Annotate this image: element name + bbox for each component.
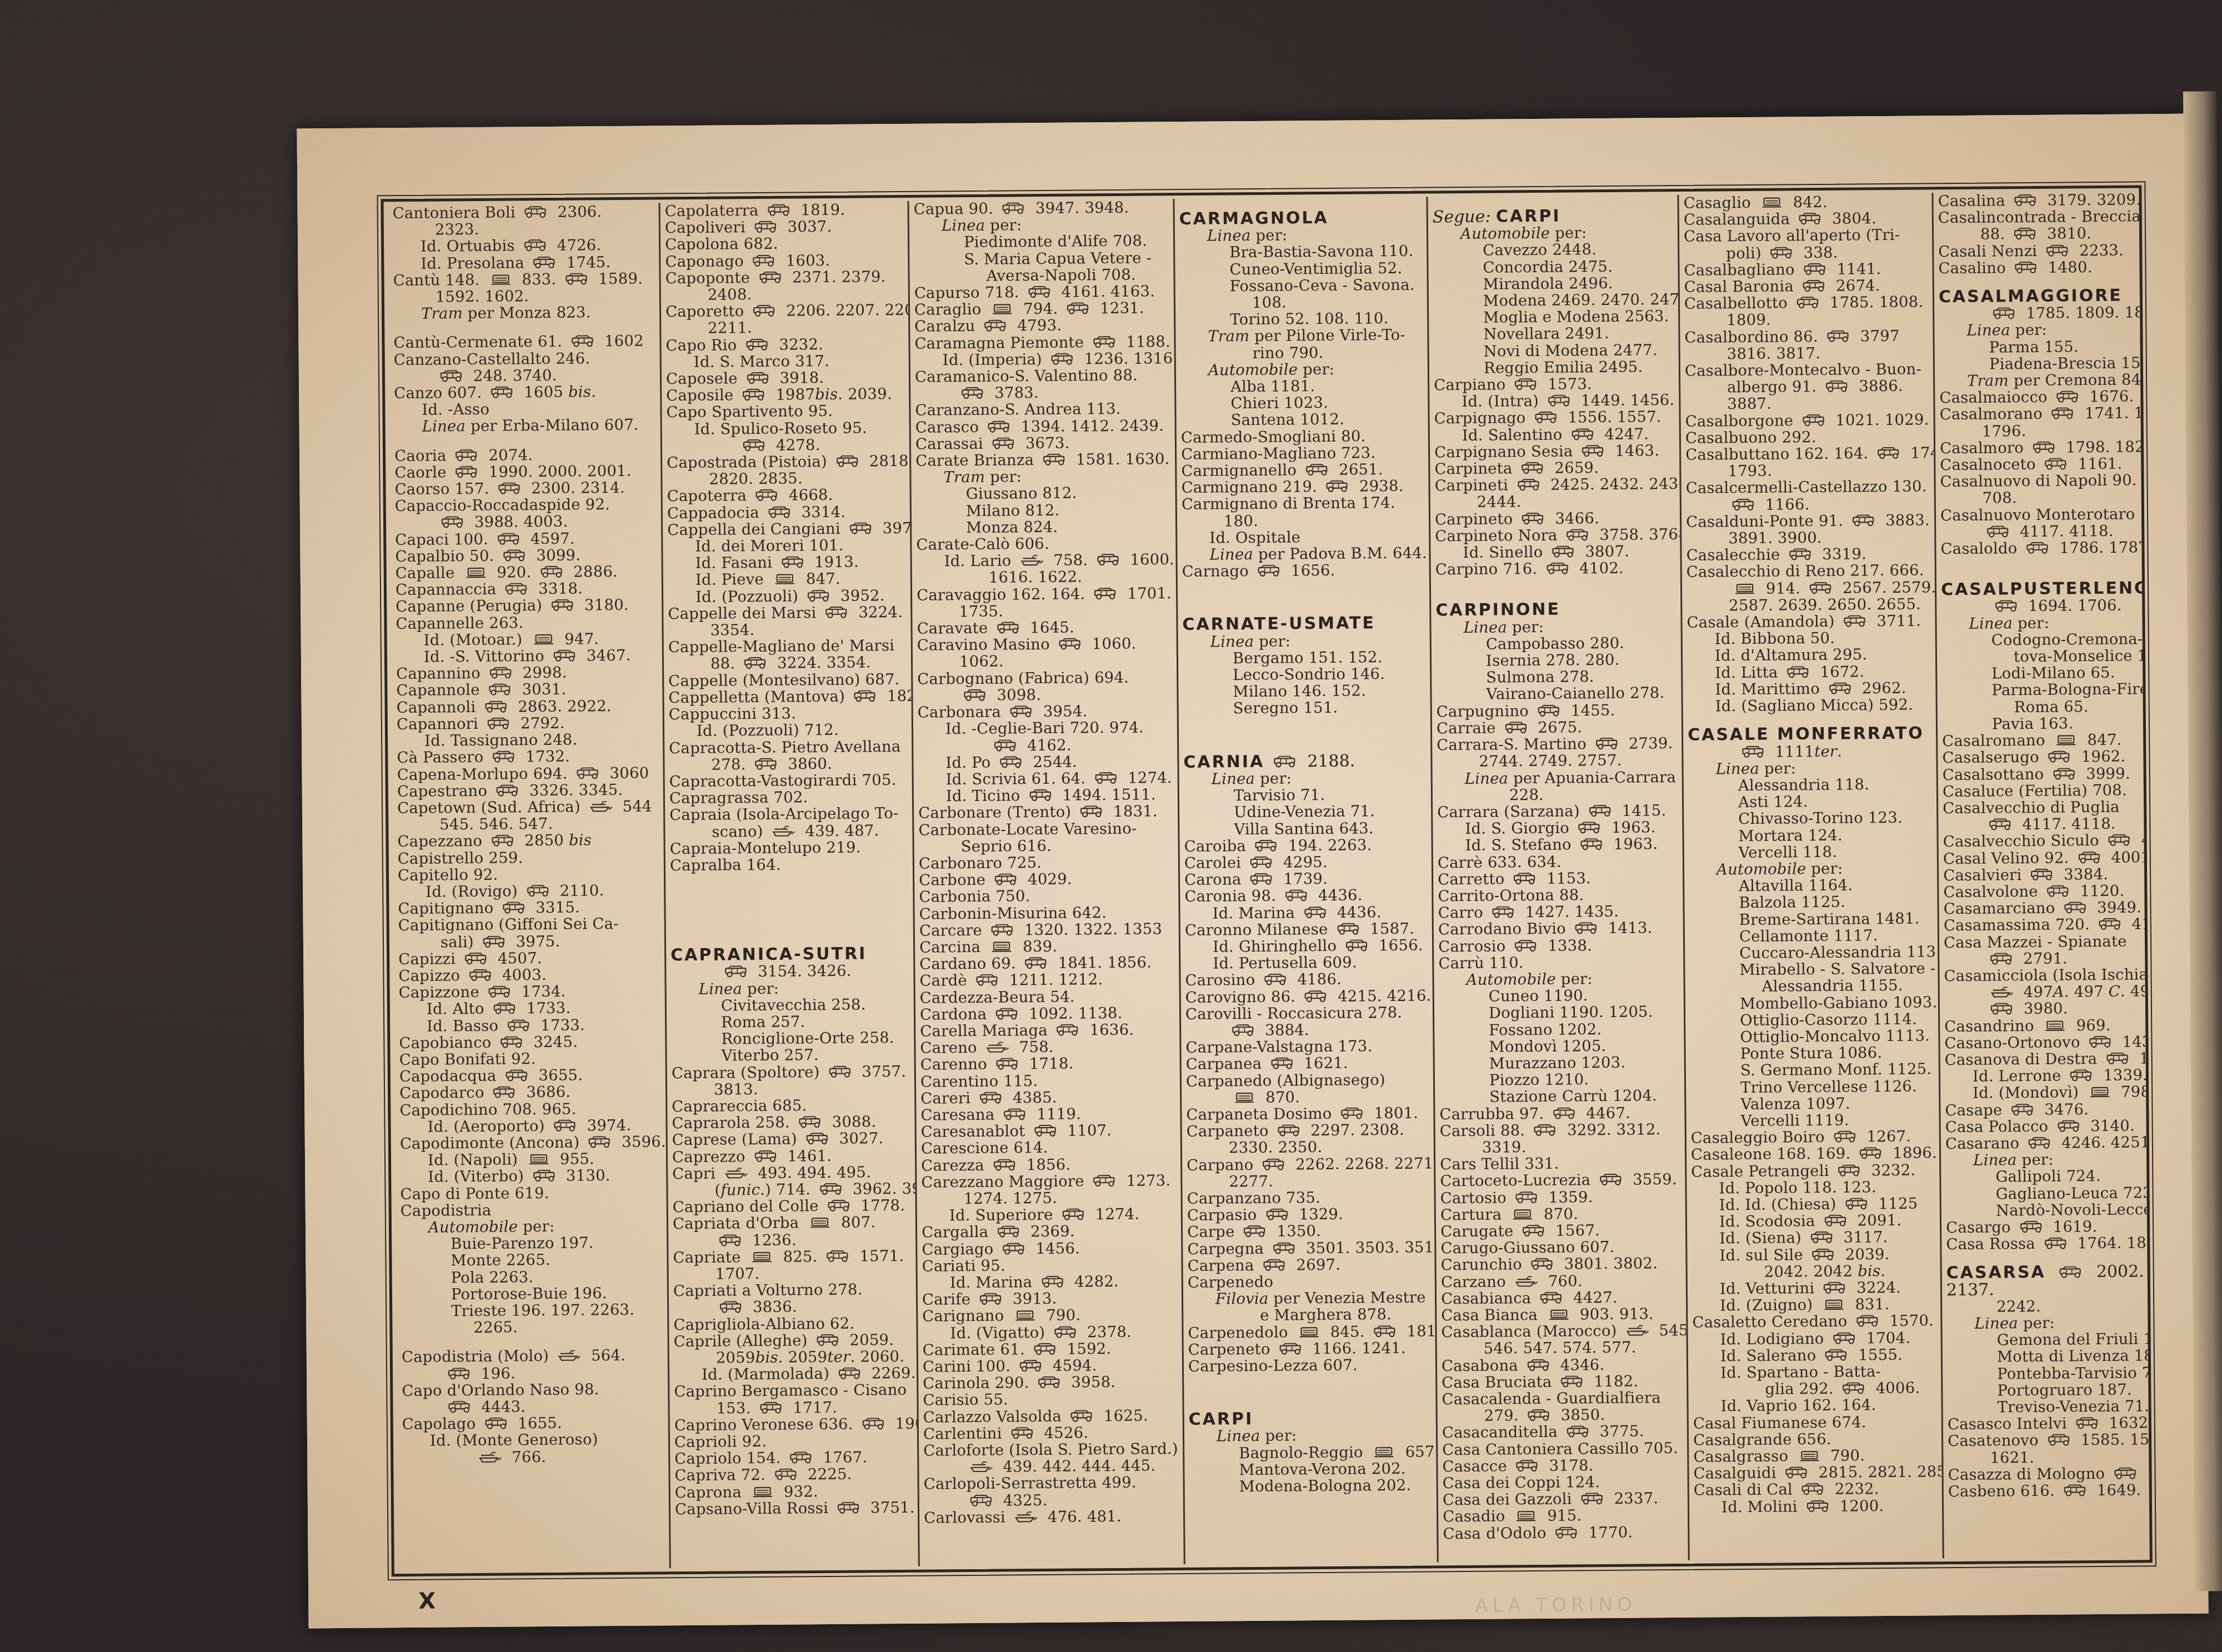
entry-line: Capsano-Villa Rossi 3751.	[675, 1499, 914, 1518]
italic-label: bis	[815, 386, 838, 403]
italic-label: Linea	[422, 418, 466, 436]
bus-icon	[997, 1225, 1022, 1237]
entry-line: Carcare 1320. 1322. 1353	[919, 920, 1175, 939]
index-entry: Id. dei Moreri 101.	[667, 537, 907, 555]
entry-line: Capostrada (Pistoia) 2818.	[667, 453, 906, 472]
entry-line: Roma 257.	[671, 1013, 910, 1032]
bus-icon	[990, 923, 1016, 935]
bus-icon	[1990, 1002, 2015, 1014]
entry-line: Casalborgone 1021. 1029.	[1685, 411, 1930, 430]
spacer	[670, 921, 910, 935]
bus-icon	[502, 548, 528, 560]
entry-line: Carella Mariaga 1636.	[920, 1021, 1176, 1040]
entry-line: Capodimonte (Ancona) 3596.	[400, 1133, 663, 1152]
entry-line: S. Maria Capua Vetere -	[914, 249, 1170, 268]
bus-icon	[1263, 973, 1289, 985]
station-heading: CARPINONE	[1435, 600, 1677, 619]
entry-line: Carbonaro 725.	[919, 853, 1175, 872]
index-entry: Automobile per:	[1433, 224, 1674, 243]
index-entry: Cantoniera Boli 2306.2323.	[393, 203, 655, 238]
bus-icon	[2019, 1220, 2045, 1232]
entry-line: Motta di Livenza 183.	[1947, 1348, 2145, 1366]
entry-line: Id. Id. (Chiesa) 1125	[1691, 1195, 1936, 1214]
index-entry: Vercelli 1119.	[1690, 1111, 1935, 1130]
index-entry: Casalbuono 292.	[1685, 428, 1930, 447]
entry-line: Linea per Apuania-Carrara	[1437, 768, 1679, 787]
index-entry: Cappelle (Montesilvano) 687.	[668, 671, 908, 690]
entry-line: Carpegna 3501. 3503. 3513	[1187, 1239, 1431, 1258]
entry-line: Pola 2263.	[401, 1268, 664, 1286]
index-entry: Caponago 1603.	[665, 251, 904, 270]
tram-icon	[750, 1484, 775, 1496]
index-entry: Cappelletta (Mantova) 1828.	[668, 688, 908, 707]
index-entry: Breme-Sartirana 1481.	[1689, 910, 1934, 929]
index-entry: 2242.	[1946, 1297, 2144, 1315]
entry-line: Cardè 1211. 1212.	[919, 970, 1175, 989]
bus-icon	[1336, 922, 1362, 934]
index-entry: Carbognano (Fabrica) 694. 3098.	[917, 669, 1173, 704]
entry-line: Nardò-Novoli-Lecce 723.	[1946, 1201, 2144, 1219]
index-entry: Cardona 1092. 1138.	[920, 1004, 1176, 1023]
index-entry: Campobasso 280.	[1436, 634, 1678, 653]
entry-line: Altavilla 1164.	[1689, 876, 1934, 895]
entry-line: Gallipoli 724.	[1945, 1168, 2143, 1186]
bus-icon	[564, 272, 590, 284]
bus-icon	[1560, 1374, 1585, 1386]
index-entry: Casale Petrangeli 3232.	[1691, 1162, 1936, 1180]
index-entry: Casalina 3179. 3209.	[1938, 191, 2135, 209]
bus-icon	[746, 371, 772, 383]
tram-icon	[989, 939, 1014, 952]
entry-line: Capodistria	[401, 1200, 663, 1219]
entry-line: Carbognano (Fabrica) 694.	[917, 669, 1173, 688]
entry-line: 2042. 2042 bis.	[1692, 1262, 1937, 1281]
tram-icon	[989, 302, 1015, 314]
bus-icon	[1272, 1241, 1298, 1253]
index-entry: Casa dei Gazzoli 2337.	[1443, 1490, 1684, 1509]
entry-line: Id. dei Moreri 101.	[667, 537, 907, 555]
bus-icon	[447, 1400, 473, 1412]
bus-icon	[1844, 1197, 1870, 1209]
bus-icon	[1522, 1224, 1547, 1236]
entry-line: Stazione Carrù 1204.	[1439, 1087, 1681, 1106]
entry-line: Casalguidi 2815. 2821. 2853.	[1693, 1464, 1938, 1483]
entry-line: Carpino 716. 4102.	[1435, 559, 1677, 578]
index-entry: Cà Passero 1732.	[397, 748, 659, 767]
bus-icon	[492, 1085, 518, 1098]
index-entry: Caralzu 4793.	[914, 317, 1170, 336]
bus-icon	[2052, 767, 2078, 779]
index-entry: Cardezza-Beura 54.	[920, 988, 1176, 1007]
entry-line: Capodistria (Molo) 564.	[402, 1347, 664, 1366]
index-entry: Id. S. Stefano 1963.	[1438, 835, 1679, 854]
index-entry: Casalnuovo Monterotaro 4117. 4118.	[1940, 505, 2138, 540]
index-entry: Mirandola 2496.	[1433, 274, 1675, 293]
entry-line: Linea per:	[1688, 759, 1933, 778]
entry-line: Careri 4385.	[920, 1088, 1177, 1107]
bus-icon	[1019, 1359, 1044, 1371]
entry-line: Ponte Stura 1086.	[1690, 1044, 1935, 1063]
index-entry: Caroiba 194. 2263.	[1184, 836, 1428, 855]
entry-line: Filovia per Venezia Mestre	[1188, 1289, 1432, 1308]
bus-icon	[975, 973, 1001, 985]
entry-line: 2242.	[1946, 1297, 2144, 1315]
index-column-5: Segue: CARPIAutomobile per:Cavezzo 2448.…	[1428, 195, 1689, 1562]
bus-icon	[496, 783, 521, 795]
index-entry: Carnago 1656.	[1182, 562, 1426, 580]
bus-icon	[1824, 1348, 1850, 1360]
bus-icon	[2047, 1433, 2073, 1445]
index-entry: Capizzone 1734.	[399, 983, 662, 1002]
index-entry: Linea per:	[1179, 226, 1423, 245]
italic-label: Filovia	[1215, 1290, 1269, 1308]
entry-line: Id. Lario 758. 1600.	[916, 551, 1172, 570]
bus-icon	[1570, 427, 1596, 439]
index-entry: Casamarciano 3949.	[1943, 899, 2141, 918]
entry-line: Id. (Sagliano Micca) 592.	[1688, 696, 1933, 715]
entry-line: Carovigno 86. 4215. 4216.	[1185, 987, 1429, 1006]
index-entry: Careno 758.	[920, 1038, 1176, 1057]
index-entry: 3154. 3426.	[670, 962, 910, 981]
bus-icon	[1040, 1275, 1066, 1287]
entry-line: Caranzano-S. Andrea 113.	[915, 401, 1171, 419]
index-entry: Casaleggio Boiro 1267.	[1691, 1128, 1936, 1147]
entry-line: 1616. 1622.	[917, 568, 1173, 587]
bus-icon	[2046, 884, 2072, 896]
bus-icon	[1842, 1381, 1868, 1394]
entry-line: 1592. 1602.	[393, 287, 656, 306]
bus-icon	[1599, 1173, 1624, 1185]
entry-line: Casalbordino 86. 3797	[1684, 327, 1929, 346]
entry-line: Carpineto 3466.	[1435, 509, 1676, 528]
entry-line: Cappella dei Cangiani 3971.	[667, 520, 907, 539]
ship-icon	[1625, 1324, 1650, 1336]
entry-line: Cantù-Cermenate 61. 1602	[393, 333, 656, 352]
entry-line: Id. (Viterbo) 3130.	[400, 1167, 663, 1186]
entry-line: Capalbio 50. 3099.	[395, 546, 658, 565]
bus-icon	[987, 419, 1013, 432]
bus-icon	[745, 337, 770, 349]
entry-line: Casalduni-Ponte 91. 3883.	[1686, 512, 1931, 530]
index-entry: Caprareccia 685.	[672, 1097, 911, 1115]
index-entry: Ottiglio-Casorzo 1114.	[1690, 1010, 1935, 1029]
entry-line: Civitavecchia 258.	[671, 996, 910, 1015]
index-entry: Id. Pieve 847.	[668, 570, 907, 589]
index-entry: Capua 90. 3947. 3948.	[914, 199, 1170, 218]
entry-line: Cappelle dei Marsi 3224.	[668, 604, 907, 623]
tram-icon	[1297, 1325, 1322, 1337]
index-entry: Giussano 812.	[916, 484, 1172, 503]
entry-line: 3887.	[1685, 394, 1930, 413]
index-entry: Casali di Cal 2232.	[1694, 1480, 1939, 1499]
bus-icon	[753, 1149, 779, 1161]
index-entry: Mirabello - S. Salvatore -Alessandria 11…	[1689, 960, 1934, 996]
entry-line: Capodichino 708. 965.	[399, 1100, 662, 1119]
index-entry: Casa d'Odolo 1770.	[1443, 1524, 1684, 1543]
entry-line: Cantù 148. 833. 1589.	[393, 270, 655, 289]
index-entry: Caprino Veronese 636. 1903	[674, 1415, 914, 1434]
entry-line: Carolei 4295.	[1184, 853, 1428, 872]
index-entry: Capaccio-Roccadaspide 92. 3988. 4003.	[395, 496, 658, 532]
bus-icon	[996, 620, 1022, 633]
index-entry: Id. (Zuigno) 831.	[1692, 1296, 1937, 1315]
index-entry: Carrodano Bivio 1413.	[1438, 919, 1680, 938]
entry-line: Id. Pieve 847.	[668, 570, 907, 589]
entry-line: 545. 546. 547.	[397, 814, 660, 833]
index-entry: Carpineto Nora 3758. 3768	[1435, 526, 1676, 545]
bus-icon	[2048, 750, 2073, 762]
entry-line: Tarvisio 71.	[1184, 786, 1428, 805]
entry-line: Cantoniera Boli 2306.	[393, 203, 655, 222]
index-entry: Linea per:	[1183, 632, 1427, 650]
entry-line: Cappadocia 3314.	[667, 503, 907, 522]
index-entry: Casalsottano 3999.	[1943, 765, 2140, 783]
entry-line: Caposile 1987bis. 2039.	[666, 386, 905, 404]
entry-line: Carpineta 2659.	[1434, 459, 1676, 478]
entry-line: Casa dei Coppi 124.	[1443, 1473, 1684, 1492]
entry-line: Cuneo-Ventimiglia 52.	[1179, 259, 1423, 278]
bus-icon	[1534, 411, 1559, 423]
bus-icon	[1520, 461, 1546, 473]
index-entry: Capriolo 154. 1767.	[674, 1449, 914, 1468]
italic-label: ter	[827, 1348, 850, 1366]
bus-icon	[1028, 285, 1053, 297]
entry-line: Linea per:	[1435, 618, 1677, 637]
tram-icon	[2087, 1085, 2113, 1097]
index-entry: Id. Bibbona 50.	[1687, 629, 1932, 648]
entry-line: Carimate 61. 1592.	[923, 1340, 1179, 1359]
index-entry: Capannoli 2863. 2922.	[397, 697, 659, 716]
entry-line: Caprezzo 1461.	[672, 1147, 912, 1165]
spacer	[1941, 556, 2139, 570]
tram-icon	[531, 632, 556, 644]
entry-line: 4278.	[667, 436, 906, 455]
entry-line: Gemona del Friuli 182.	[1947, 1331, 2145, 1349]
entry-line: 4325.	[924, 1491, 1180, 1510]
index-entry: Caprioli 92.	[674, 1432, 914, 1451]
ship-icon	[1019, 553, 1045, 565]
entry-line: Carsoli 88. 3292. 3312.	[1440, 1121, 1681, 1140]
index-entry: Capo d'Orlando Naso 98. 4443.	[402, 1380, 664, 1416]
entry-line: Id. Pertusella 609.	[1185, 954, 1429, 973]
entry-line: Asti 124.	[1688, 792, 1933, 811]
bus-icon	[995, 1007, 1020, 1019]
italic-label: A	[2053, 983, 2064, 1001]
entry-line: Casa dei Gazzoli 2337.	[1443, 1490, 1684, 1509]
entry-line: Carretto 1153.	[1438, 869, 1679, 888]
index-entry: Carbonare (Trento) 1831.	[918, 803, 1174, 822]
entry-line: Capannino 2998.	[396, 664, 659, 683]
bus-icon	[1565, 528, 1591, 540]
bus-icon	[482, 934, 508, 947]
entry-line: Casalvolone 1120.	[1943, 882, 2141, 900]
entry-line: Id. sul Sile 2039.	[1691, 1245, 1936, 1264]
index-entry: Casacanditella 3775.	[1442, 1423, 1684, 1441]
entry-line: Dogliani 1190. 1205.	[1439, 1003, 1680, 1022]
bus-icon	[1843, 614, 1868, 626]
entry-line: Capestrano 3326. 3345.	[397, 781, 660, 800]
page-number: X	[418, 1589, 436, 1614]
entry-line: Tram per:	[915, 467, 1172, 486]
index-entry: Reggio Emilia 2495.	[1434, 358, 1675, 377]
index-entry: Torino 52. 108. 110.	[1180, 310, 1424, 329]
ship-icon	[771, 824, 797, 836]
bus-icon	[805, 1132, 831, 1144]
entry-line: Alessandria 118.	[1688, 775, 1933, 794]
bus-icon	[1825, 379, 1850, 392]
entry-line: 88. 3224. 3354.	[668, 654, 908, 673]
bus-icon	[1305, 463, 1330, 475]
index-entry: Carate Brianza 1581. 1630.	[915, 450, 1172, 469]
ship-icon	[589, 799, 614, 812]
index-entry: Carloforte (Isola S. Pietro Sard.) 439. …	[923, 1440, 1179, 1476]
bus-icon	[2098, 917, 2124, 929]
entry-line: Casaloldo 1786. 1787. 1805	[1940, 539, 2138, 558]
bus-icon	[1092, 335, 1118, 347]
ship-icon	[1514, 1274, 1540, 1286]
entry-line: Casarano 4246. 4251.	[1945, 1134, 2143, 1152]
index-entry: Casamicciola (Isola Ischia) 497A. 497 C.…	[1944, 966, 2142, 1018]
index-entry: Portogruaro 187.	[1947, 1381, 2145, 1399]
index-entry: Caronia 98. 4436.	[1184, 887, 1428, 905]
index-entry: Casacce 3178.	[1442, 1456, 1684, 1475]
entry-line: Casalcermelli-Castellazzo 130.	[1685, 478, 1930, 497]
spacer	[1183, 728, 1427, 742]
italic-label: Linea	[1465, 769, 1509, 788]
entry-line: Linea per:	[1184, 769, 1428, 788]
index-entry: Nardò-Novoli-Lecce 723.	[1946, 1201, 2144, 1219]
entry-line: 439. 442. 444. 445.	[923, 1457, 1179, 1476]
entry-line: Balzola 1125.	[1689, 893, 1934, 912]
index-entry: Carbone 4029.	[919, 870, 1175, 889]
index-entry: Casablanca (Marocco) 545.546. 547. 574. …	[1441, 1322, 1683, 1358]
bus-icon	[575, 766, 601, 778]
italic-label: Automobile	[1716, 860, 1806, 878]
index-entry: Carmiano-Magliano 723.	[1181, 444, 1425, 463]
bus-icon	[2051, 407, 2076, 419]
index-entry: Caprile (Alleghe) 2059.2059bis. 2059ter.…	[674, 1331, 913, 1367]
index-entry: Capriati a Volturno 278. 3836.	[673, 1281, 913, 1316]
entry-line: Valenza 1097.	[1690, 1094, 1935, 1113]
index-entry: Capannole 3031.	[396, 680, 659, 699]
entry-line: Capanne (Perugia) 3180.	[396, 597, 658, 615]
entry-line: Casamassima 720. 4162.	[1944, 916, 2141, 934]
index-entry: Casatenovo 1585. 1580.1621.	[1948, 1431, 2145, 1466]
bus-icon	[755, 488, 780, 500]
entry-line: Automobile per:	[1438, 970, 1680, 989]
index-entry: Caorso 157. 2300. 2314.	[394, 479, 657, 498]
entry-line: 1785. 1809. 1828 bis.	[1939, 304, 2136, 323]
entry-line: Carescione 614.	[921, 1138, 1177, 1157]
bus-icon	[570, 334, 596, 347]
index-entry: Carpano 2262. 2268. 2271.2277.	[1187, 1155, 1430, 1190]
index-entry: Linea per:	[1946, 1314, 2144, 1332]
bus-icon	[2044, 457, 2070, 469]
bus-icon	[1851, 513, 1877, 525]
index-entry: Id. (Viterbo) 3130.	[400, 1167, 663, 1186]
bus-icon	[1042, 453, 1068, 465]
entry-line: Id. (Zuigno) 831.	[1692, 1296, 1937, 1315]
bleed-through-text: ALA TORINO	[1475, 1594, 1637, 1617]
entry-line: Carpineto Nora 3758. 3768	[1435, 526, 1676, 545]
index-entry: Carife 3913.	[922, 1289, 1178, 1308]
index-entry: Capodichino 708. 965.	[399, 1100, 662, 1119]
entry-line: Capriate 825. 1571.	[673, 1248, 912, 1266]
index-entry: Tarvisio 71.	[1184, 786, 1428, 805]
entry-line: Capodacqua 3655.	[399, 1067, 662, 1085]
entry-line: Casali di Cal 2232.	[1694, 1480, 1939, 1499]
entry-line: 3816. 3817.	[1685, 344, 1930, 363]
index-entry: Capodistria	[401, 1200, 663, 1219]
entry-line: Casal Baronia 2674.	[1684, 277, 1929, 296]
index-entry: Carcare 1320. 1322. 1353	[919, 920, 1175, 939]
index-entry: Carezza 1856.	[921, 1155, 1177, 1174]
entry-line: Carrè 633. 634.	[1438, 852, 1679, 871]
entry-line: Cariati 95.	[922, 1256, 1178, 1275]
entry-line: Sulmona 278.	[1436, 668, 1678, 687]
italic-label: Linea	[1210, 633, 1254, 651]
entry-line: Cavezzo 2448.	[1433, 241, 1674, 259]
bus-icon	[1580, 1491, 1606, 1504]
entry-line: Caravaggio 162. 164. 1701.	[917, 585, 1173, 604]
index-entry: Carlazzo Valsolda 1625.	[923, 1407, 1179, 1426]
tram-icon	[1513, 1509, 1539, 1521]
entry-line: Udine-Venezia 71.	[1184, 803, 1428, 822]
entry-line: Carpignago 1556. 1557.	[1434, 408, 1675, 427]
bus-icon	[1539, 1290, 1565, 1303]
italic-label: bis	[568, 383, 591, 401]
index-entry: Udine-Venezia 71.	[1184, 803, 1428, 822]
entry-line: Carmignanello 2651.	[1181, 461, 1425, 480]
index-entry: Carentino 115.	[920, 1072, 1177, 1090]
entry-line: Capracotta-Vastogirardi 705.	[669, 772, 909, 790]
index-entry: Casamassima 720. 4162.	[1944, 916, 2141, 934]
entry-line: 2408.	[665, 285, 905, 304]
entry-line: Mortara 124.	[1688, 826, 1933, 845]
bus-icon	[497, 481, 523, 493]
index-entry: Carlovassi 476. 481.	[924, 1508, 1180, 1526]
index-entry: Capragrassa 702.	[669, 788, 909, 807]
entry-line: Carpaneta Dosimo 1801.	[1186, 1104, 1430, 1123]
index-entry: Carlopoli-Serrastretta 499. 4325.	[924, 1474, 1180, 1510]
entry-line: Carnago 1656.	[1182, 562, 1426, 580]
index-entry: Casa Bianca 903. 913.	[1441, 1305, 1683, 1324]
entry-line: Capo Bonifati 92.	[399, 1049, 662, 1068]
index-entry: Casalecchie 3319.	[1686, 545, 1931, 564]
index-frame: Cantoniera Boli 2306.2323.Id. Ortuabis 4…	[381, 185, 2152, 1576]
entry-line: 766.	[402, 1448, 665, 1466]
entry-line: 1062.	[917, 652, 1173, 671]
index-entry: Carugo-Giussano 607.	[1440, 1238, 1682, 1257]
entry-line: 153. 1717.	[674, 1398, 913, 1417]
entry-line: 3836.	[673, 1298, 913, 1316]
index-entry: Id. Ortuabis 4726.	[393, 237, 655, 256]
entry-line: Carona 1739.	[1184, 870, 1428, 889]
entry-line: Casalbuono 292.	[1685, 428, 1930, 447]
entry-line: Capoponte 2371. 2379.	[665, 268, 904, 287]
index-entry: Piadena-Brescia 155.	[1939, 354, 2137, 373]
entry-line: Id. (Siena) 3117.	[1691, 1229, 1936, 1248]
index-entry: Casano-Ortonovo 1436.	[1944, 1033, 2142, 1052]
entry-line: 2059bis. 2059ter. 2060.	[674, 1348, 913, 1367]
entry-line: Capraia (Isola-Arcipelago To-	[669, 805, 909, 824]
index-entry: Tram per Monza 823.	[393, 304, 656, 323]
timetable-index-page: Cantoniera Boli 2306.2323.Id. Ortuabis 4…	[297, 114, 2208, 1629]
bus-icon	[1826, 329, 1852, 341]
index-entry: Id. Alto 1733.	[399, 999, 662, 1018]
index-entry: Caoria 2074.	[394, 445, 657, 464]
index-entry: Carzano 760.	[1441, 1272, 1683, 1291]
